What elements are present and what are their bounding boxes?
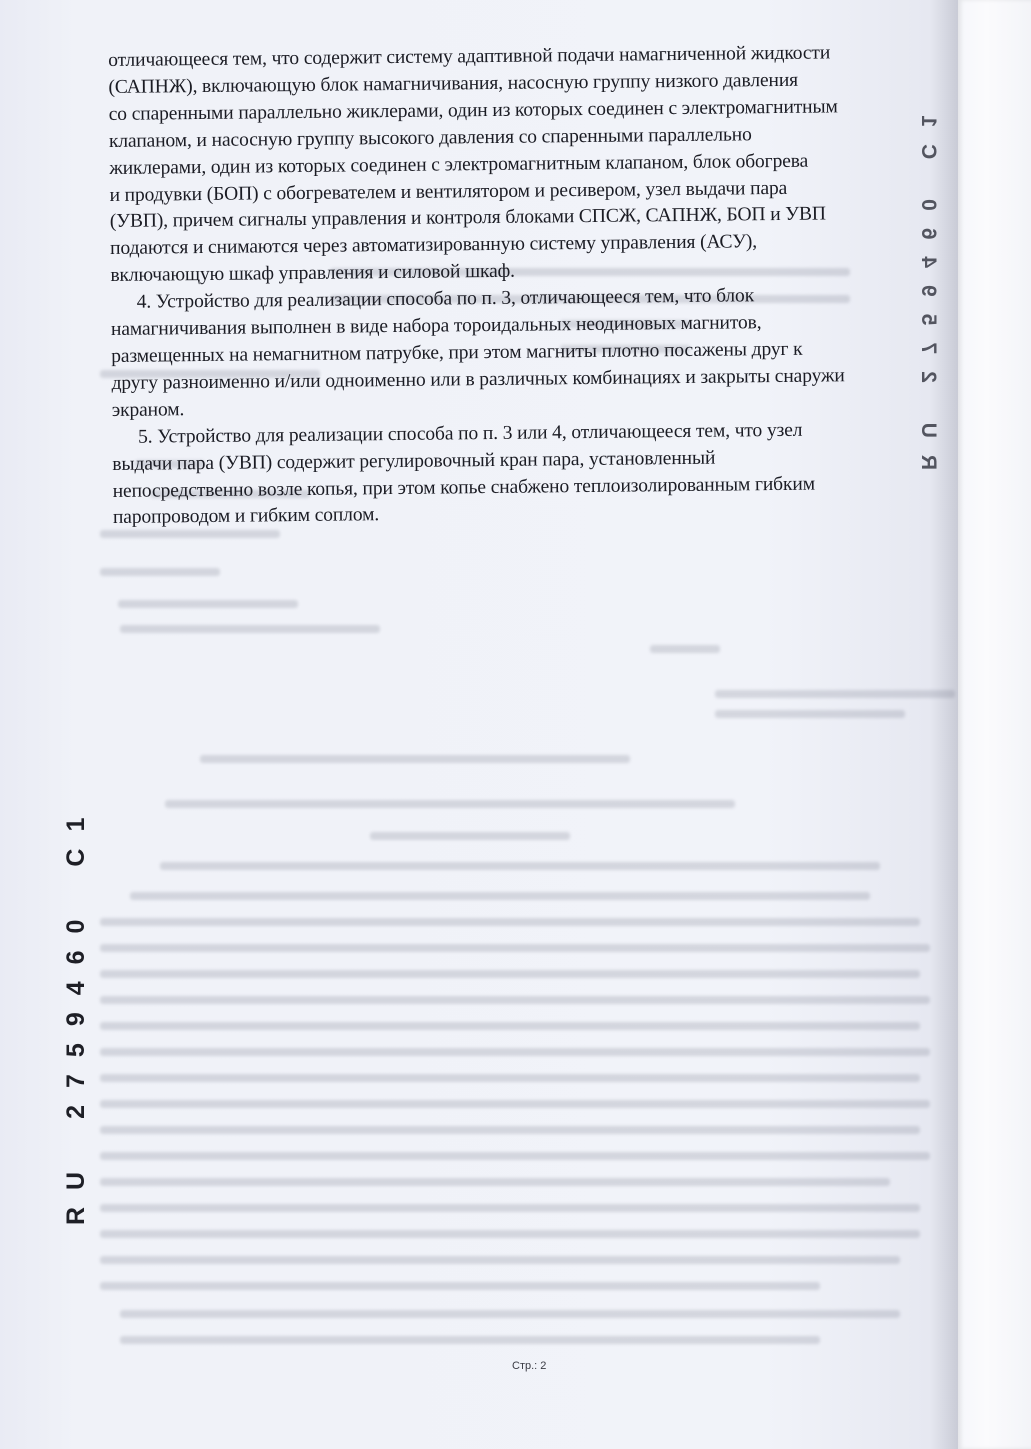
mirrored-edge-identifier: RU 2759460 C1 (916, 98, 940, 470)
claim-3-continuation: отличающееся тем, что содержит систему а… (108, 39, 922, 290)
patent-side-identifier: RU2759460C1 (62, 801, 91, 1225)
claim-5: 5. Устройство для реализации способа по … (112, 416, 925, 532)
country-code: RU (62, 1155, 90, 1225)
claims-text: отличающееся тем, что содержит систему а… (108, 39, 925, 532)
kind-code: C1 (62, 801, 90, 867)
next-page-edge (958, 0, 1031, 1449)
page-number: Стр.: 2 (512, 1360, 546, 1372)
claim-4: 4. Устройство для реализации способа по … (111, 282, 924, 425)
patent-number: 2759460 (62, 903, 90, 1119)
